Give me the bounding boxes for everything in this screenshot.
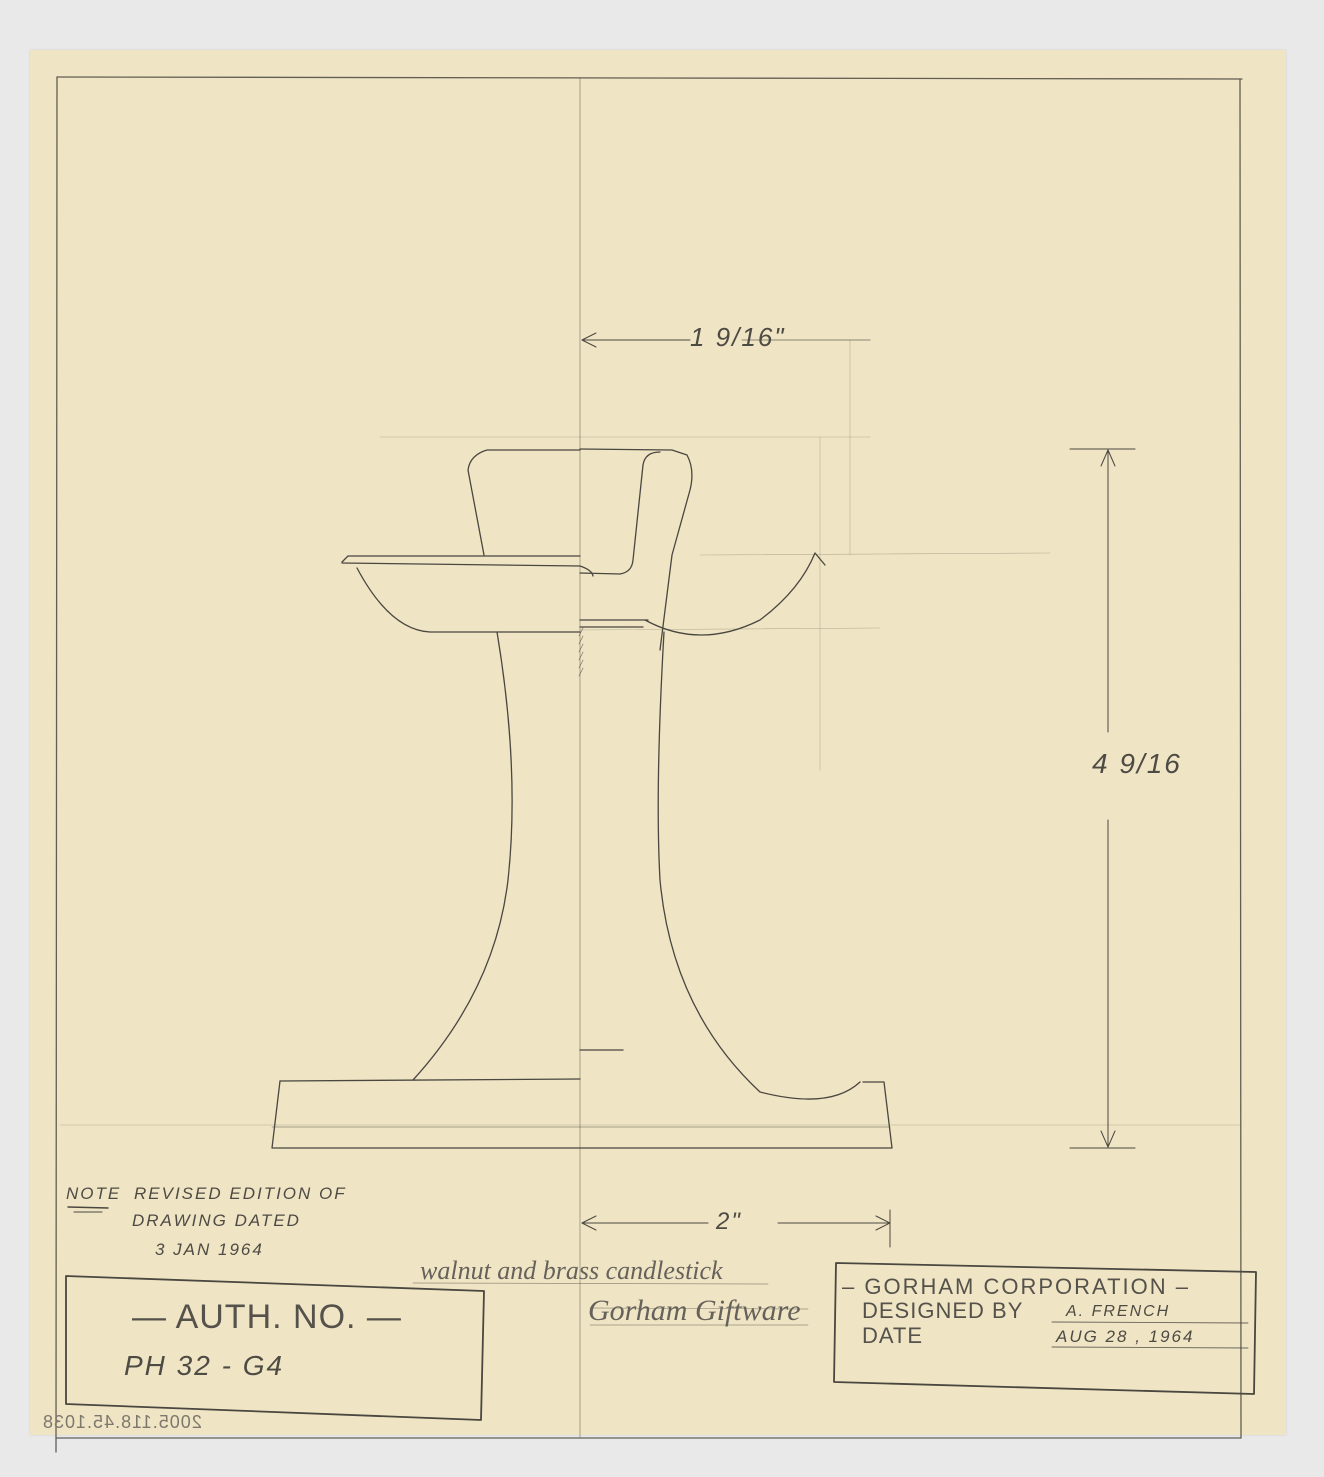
construction-lines	[60, 340, 1240, 1125]
caption-line: Gorham Giftware	[588, 1294, 801, 1328]
date-value: AUG 28 , 1964	[1056, 1327, 1194, 1347]
candlestick-right-half	[579, 449, 892, 1148]
dimension-label-top-width: 1 9/16"	[690, 322, 786, 353]
title-block-company: – GORHAM CORPORATION –	[842, 1274, 1190, 1300]
accession-number: 2005.118.45.1038	[42, 1412, 202, 1433]
dimension-label-base-width: 2"	[716, 1208, 742, 1236]
note-label: NOTE	[66, 1184, 121, 1204]
dimension-label-height: 4 9/16	[1092, 748, 1182, 780]
note-line-3: 3 JAN 1964	[155, 1240, 264, 1260]
dimension-height	[1070, 449, 1135, 1148]
auth-box-value: PH 32 - G4	[124, 1350, 284, 1382]
note-line-1: REVISED EDITION OF	[134, 1184, 347, 1204]
auth-box-title: — AUTH. NO. —	[132, 1298, 402, 1337]
candlestick-left-half	[272, 450, 593, 1148]
caption-description: walnut and brass candlestick	[420, 1256, 723, 1286]
note-line-2: DRAWING DATED	[132, 1211, 301, 1231]
date-label: DATE	[862, 1323, 923, 1349]
designed-by-label: DESIGNED BY	[862, 1298, 1023, 1324]
designed-by-value: A. FRENCH	[1066, 1303, 1170, 1321]
